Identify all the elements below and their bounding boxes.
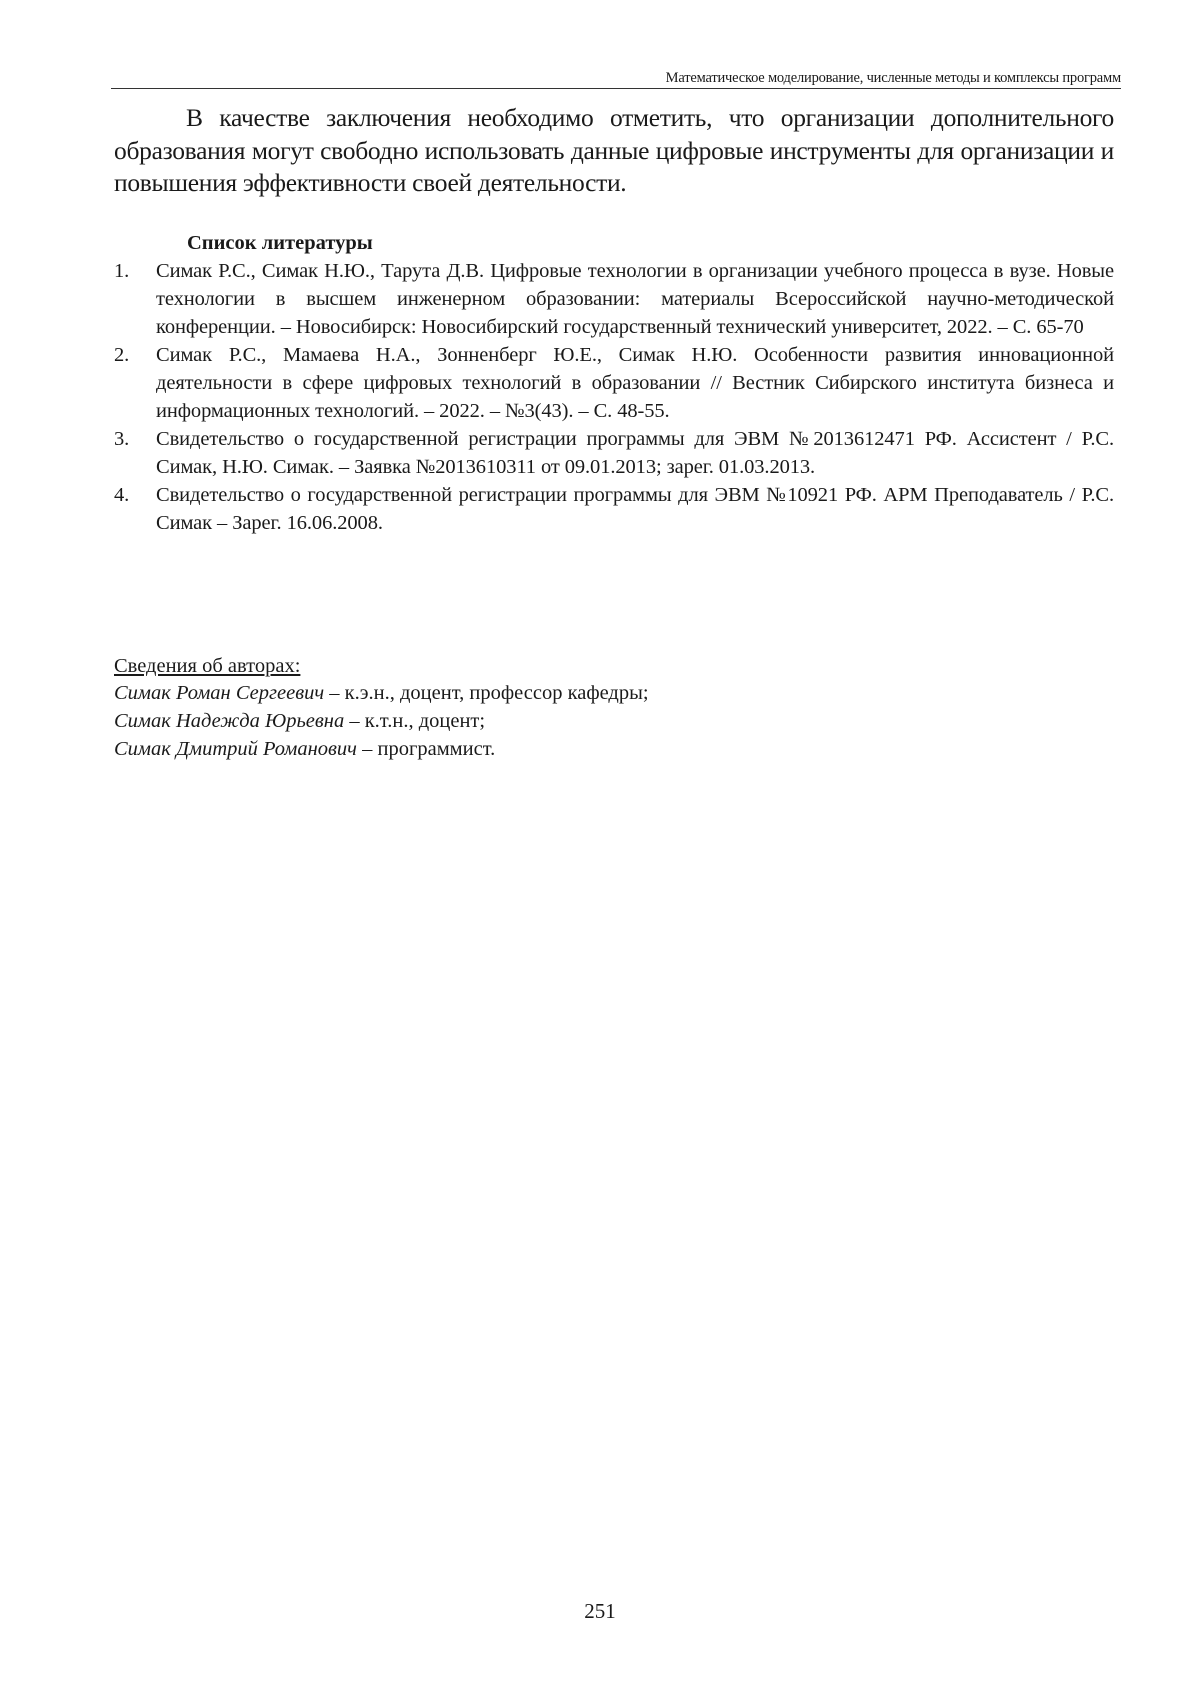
reference-item: 2. Симак Р.С., Мамаева Н.А., Зонненберг … xyxy=(114,341,1114,425)
reference-number: 3. xyxy=(114,425,129,453)
conclusion-paragraph: В качестве заключения необходимо отметит… xyxy=(114,102,1114,200)
authors-title: Сведения об авторах: xyxy=(114,652,300,680)
author-name: Симак Роман Сергеевич xyxy=(114,682,324,704)
authors-list: Симак Роман Сергеевич – к.э.н., доцент, … xyxy=(114,679,1114,763)
header-rule xyxy=(111,88,1121,89)
reference-item: 3. Свидетельство о государственной регис… xyxy=(114,425,1114,481)
author-details: – к.т.н., доцент; xyxy=(344,710,485,732)
author-name: Симак Дмитрий Романович xyxy=(114,738,357,760)
author-details: – к.э.н., доцент, профессор кафедры; xyxy=(324,682,648,704)
references-title: Список литературы xyxy=(187,230,373,256)
page-number: 251 xyxy=(0,1598,1200,1624)
author-entry: Симак Надежда Юрьевна – к.т.н., доцент; xyxy=(114,707,1114,735)
reference-number: 4. xyxy=(114,481,129,509)
reference-text: Симак Р.С., Симак Н.Ю., Тарута Д.В. Цифр… xyxy=(156,260,1114,338)
reference-item: 1. Симак Р.С., Симак Н.Ю., Тарута Д.В. Ц… xyxy=(114,257,1114,341)
reference-text: Симак Р.С., Мамаева Н.А., Зонненберг Ю.Е… xyxy=(156,344,1114,422)
author-details: – программист. xyxy=(357,738,495,760)
reference-number: 2. xyxy=(114,341,129,369)
author-entry: Симак Роман Сергеевич – к.э.н., доцент, … xyxy=(114,679,1114,707)
author-name: Симак Надежда Юрьевна xyxy=(114,710,344,732)
author-entry: Симак Дмитрий Романович – программист. xyxy=(114,735,1114,763)
running-header: Математическое моделирование, численные … xyxy=(111,69,1121,87)
reference-text: Свидетельство о государственной регистра… xyxy=(156,428,1114,478)
reference-text: Свидетельство о государственной регистра… xyxy=(156,484,1114,534)
references-list: 1. Симак Р.С., Симак Н.Ю., Тарута Д.В. Ц… xyxy=(114,257,1114,537)
reference-item: 4. Свидетельство о государственной регис… xyxy=(114,481,1114,537)
reference-number: 1. xyxy=(114,257,129,285)
